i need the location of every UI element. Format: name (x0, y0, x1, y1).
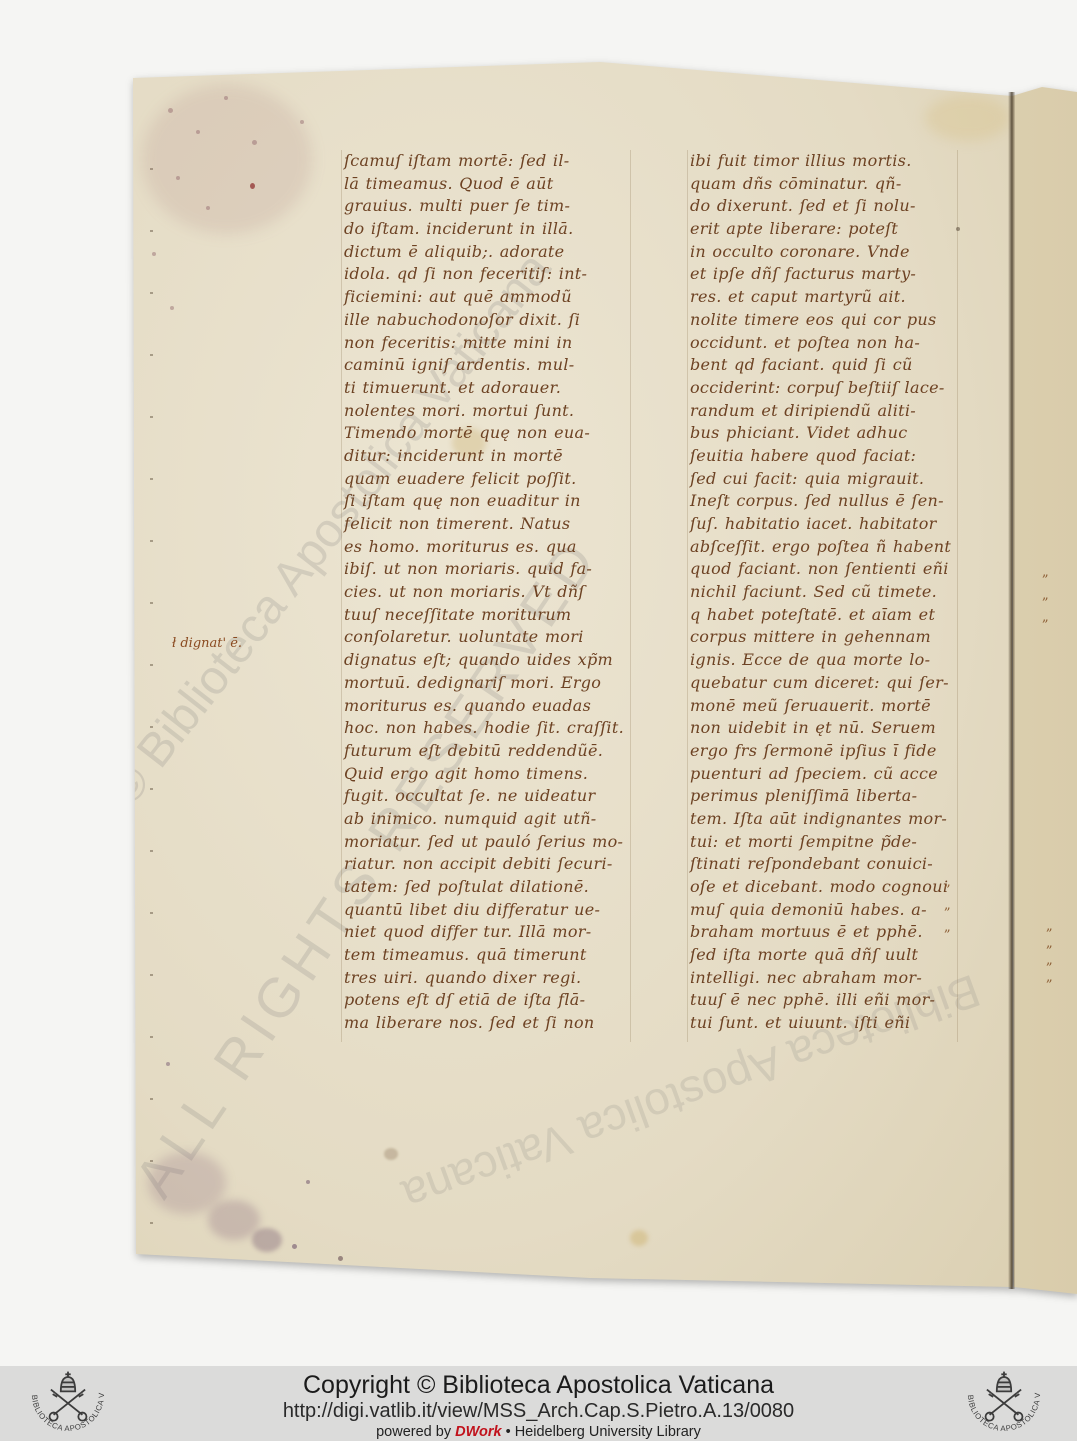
manuscript-line: mortuū. dedignariſ mori. Ergo (344, 672, 636, 695)
manuscript-line: ſtinati reſpondebant conuici- (690, 853, 970, 876)
manuscript-line: ficiemini: aut quē ammodũ (344, 286, 636, 309)
manuscript-line: non feceritis: mitte mini in (344, 332, 636, 355)
manuscript-line: erit apte liberare: poteſt (690, 218, 970, 241)
quote-mark: „ (944, 917, 951, 940)
manuscript-line: in occulto coronare. Vnde (690, 241, 970, 264)
manuscript-line: monē meũ ſeruauerit. mortē (690, 695, 970, 718)
manuscript-line: potens eſt dſ etiā de iſta flā- (344, 989, 636, 1012)
manuscript-line: ſed iſta morte quā dñſ uult (690, 944, 970, 967)
vatican-keys-tiara-icon (50, 1372, 87, 1421)
manuscript-line: tatem: ſed poſtulat dilationē. (344, 876, 636, 899)
svg-text:BIBLIOTECA APOSTOLICA VATICANA: BIBLIOTECA APOSTOLICA VATICANA (12, 1368, 106, 1433)
ruling-line (341, 150, 342, 1042)
quote-mark: „ (1046, 935, 1053, 952)
manuscript-line: perimus pleniſſimā liberta- (690, 785, 970, 808)
powered-by-text: powered by DWork • Heidelberg University… (0, 1423, 1077, 1441)
manuscript-line: nichil faciunt. Sed cũ timete. (690, 581, 970, 604)
manuscript-line: occidunt. et poſtea non ha- (690, 332, 970, 355)
quote-mark: „ (1046, 969, 1053, 986)
manuscript-line: tres uiri. quando dixer regi. (344, 967, 636, 990)
manuscript-line: ditur: inciderunt in mortē (344, 445, 636, 468)
quote-mark: „ (1046, 952, 1053, 969)
manuscript-line: ſed cui facit: quia migrauit. (690, 468, 970, 491)
manuscript-line: moriturus es. quando euadas (344, 695, 636, 718)
folio-quote-marks-bottom: „„„„ (1046, 918, 1053, 986)
manuscript-line: occiderint: corpuſ beſtiiſ lace- (690, 377, 970, 400)
manuscript-line: niet quod differ tur. Illā mor- (344, 921, 636, 944)
manuscript-line: muſ quia demoniū habes. a- (690, 899, 970, 922)
manuscript-line: dignatus eſt; quando uides xp̃m (344, 649, 636, 672)
manuscript-line: intelligi. nec abraham mor- (690, 967, 970, 990)
manuscript-line: tui: et morti ſempitne p̃de- (690, 831, 970, 854)
manuscript-line: abſceſſit. ergo poſtea ñ habent (690, 536, 970, 559)
quote-mark: „ (1042, 562, 1049, 585)
manuscript-line: Ineſt corpus. ſed nullus ē ſen- (690, 490, 970, 513)
vatican-library-logo-right: BIBLIOTECA APOSTOLICA VATICANA (948, 1368, 1060, 1440)
photo-area: © Biblioteca Apostolica Vaticana ALL RIG… (0, 0, 1077, 1441)
manuscript-line: riatur. non accipit debiti ſecuri- (344, 853, 636, 876)
manuscript-line: do dixerunt. ſed et ſi nolu- (690, 195, 970, 218)
manuscript-line: es homo. moriturus es. qua (344, 536, 636, 559)
quote-mark: „ (1042, 607, 1049, 630)
manuscript-line: tui ſunt. et uiuunt. iſti eñi (690, 1012, 970, 1035)
manuscript-line: q habet poteſtatē. et aīam et (690, 604, 970, 627)
manuscript-line: conſolaretur. uoluntate mori (344, 626, 636, 649)
manuscript-line: do iſtam. inciderunt in illā. (344, 218, 636, 241)
manuscript-line: tuuſ neceſſitate moriturum (344, 604, 636, 627)
manuscript-line: bus phiciant. Videt adhuc (690, 422, 970, 445)
manuscript-line: oſe et dicebant. modo cognoui (690, 876, 970, 899)
manuscript-line: nolite timere eos qui cor pus (690, 309, 970, 332)
manuscript-line: ſuſ. habitatio iacet. habitator (690, 513, 970, 536)
manuscript-line: tem. Iſta aūt indignantes mor- (690, 808, 970, 831)
manuscript-line: caminū igniſ ardentis. mul- (344, 354, 636, 377)
manuscript-line: ſi iſtam quę non euaditur in (344, 490, 636, 513)
manuscript-line: bent qd faciant. quid ſi cũ (690, 354, 970, 377)
quote-mark: „ (944, 895, 951, 918)
svg-text:BIBLIOTECA APOSTOLICA VATICANA: BIBLIOTECA APOSTOLICA VATICANA (948, 1368, 1042, 1433)
manuscript-line: dictum ē aliquib;. adorate (344, 241, 636, 264)
manuscript-line: quam dñs cōminatur. qñ- (690, 173, 970, 196)
folio-quote-marks-top: „„„ (1042, 562, 1049, 630)
manuscript-line: quebatur cum diceret: qui ſer- (690, 672, 970, 695)
manuscript-line: ille nabuchodonoſor dixit. ſi (344, 309, 636, 332)
dwork-brand: DWork (455, 1424, 501, 1440)
manuscript-line: lā timeamus. Quod ē aūt (344, 173, 636, 196)
manuscript-line: res. et caput martyrũ ait. (690, 286, 970, 309)
scan-viewer: © Biblioteca Apostolica Vaticana ALL RIG… (0, 0, 1077, 1441)
manuscript-line: grauius. multi puer ſe tim- (344, 195, 636, 218)
vatican-keys-tiara-icon (986, 1372, 1023, 1421)
powered-by-prefix: powered by (376, 1424, 455, 1440)
manuscript-page: © Biblioteca Apostolica Vaticana ALL RIG… (0, 0, 1077, 1441)
quote-mark: „ (1046, 918, 1053, 935)
manuscript-line: Quid ergo agit homo timens. (344, 763, 636, 786)
manuscript-line: ti timuerunt. et adorauer. (344, 377, 636, 400)
manuscript-line: et ipſe dñſ facturus marty- (690, 263, 970, 286)
logo-arc-text: BIBLIOTECA APOSTOLICA VATICANA (12, 1368, 106, 1433)
manuscript-line: braham mortuus ē et pphē. (690, 921, 970, 944)
quote-mark: „ (944, 872, 951, 895)
manuscript-line: ibiſ. ut non moriaris. quid fa- (344, 558, 636, 581)
source-url-text: http://digi.vatlib.it/view/MSS_Arch.Cap.… (0, 1399, 1077, 1423)
manuscript-line: moriatur. ſed ut pauló ſerius mo- (344, 831, 636, 854)
manuscript-line: corpus mittere in gehennam (690, 626, 970, 649)
logo-arc-text: BIBLIOTECA APOSTOLICA VATICANA (948, 1368, 1042, 1433)
manuscript-line: randum et diripiendũ aliti- (690, 400, 970, 423)
manuscript-line: nolentes mori. mortui ſunt. (344, 400, 636, 423)
gutter-shadow (1008, 92, 1015, 1289)
manuscript-line: quantū libet diu differatur ue- (344, 899, 636, 922)
manuscript-line: futurum eſt debitū reddendũē. (344, 740, 636, 763)
manuscript-line: tuuſ ē nec pphē. illi eñi mor- (690, 989, 970, 1012)
manuscript-line: ab inimico. numquid agit utñ- (344, 808, 636, 831)
manuscript-line: idola. qd ſi non feceritiſ: int- (344, 263, 636, 286)
text-column-2: ibi fuit timor illius mortis.quam dñs cō… (690, 150, 970, 1035)
pricking-marks (150, 168, 153, 1243)
manuscript-line: ignis. Ecce de qua morte lo- (690, 649, 970, 672)
manuscript-line: fugit. occultat ſe. ne uideatur (344, 785, 636, 808)
manuscript-line: cies. ut non moriaris. Vt dñſ (344, 581, 636, 604)
manuscript-line: puenturi ad ſpeciem. cũ acce (690, 763, 970, 786)
manuscript-line: ſcamuſ iſtam mortē: ſed il- (344, 150, 636, 173)
quote-mark: „ (1042, 585, 1049, 608)
marginal-gloss: ł dignat' ē. (172, 636, 242, 651)
ruling-line (687, 150, 688, 1042)
footer-bar: Copyright © Biblioteca Apostolica Vatica… (0, 1366, 1077, 1441)
manuscript-line: ergo frs ſermonē ipſius ī fide (690, 740, 970, 763)
manuscript-line: ma liberare nos. ſed et ſi non (344, 1012, 636, 1035)
powered-by-suffix: • Heidelberg University Library (502, 1424, 701, 1440)
manuscript-line: tem timeamus. quā timerunt (344, 944, 636, 967)
vatican-library-logo-left: BIBLIOTECA APOSTOLICA VATICANA (12, 1368, 124, 1440)
text-column-1: ſcamuſ iſtam mortē: ſed il-lā timeamus. … (344, 150, 636, 1035)
manuscript-line: non uidebit in ęt nū. Seruem (690, 717, 970, 740)
margin-quote-marks: „„„ (944, 872, 951, 940)
copyright-text: Copyright © Biblioteca Apostolica Vatica… (0, 1366, 1077, 1399)
manuscript-line: quam euadere felicit poſſit. (344, 468, 636, 491)
manuscript-line: hoc. non habes. hodie ſit. craſſit. (344, 717, 636, 740)
manuscript-line: ſeuitia habere quod faciat: (690, 445, 970, 468)
manuscript-line: felicit non timerent. Natus (344, 513, 636, 536)
manuscript-line: Timendo mortē quę non eua- (344, 422, 636, 445)
manuscript-line: ibi fuit timor illius mortis. (690, 150, 970, 173)
manuscript-line: quod faciant. non ſentienti eñi (690, 558, 970, 581)
